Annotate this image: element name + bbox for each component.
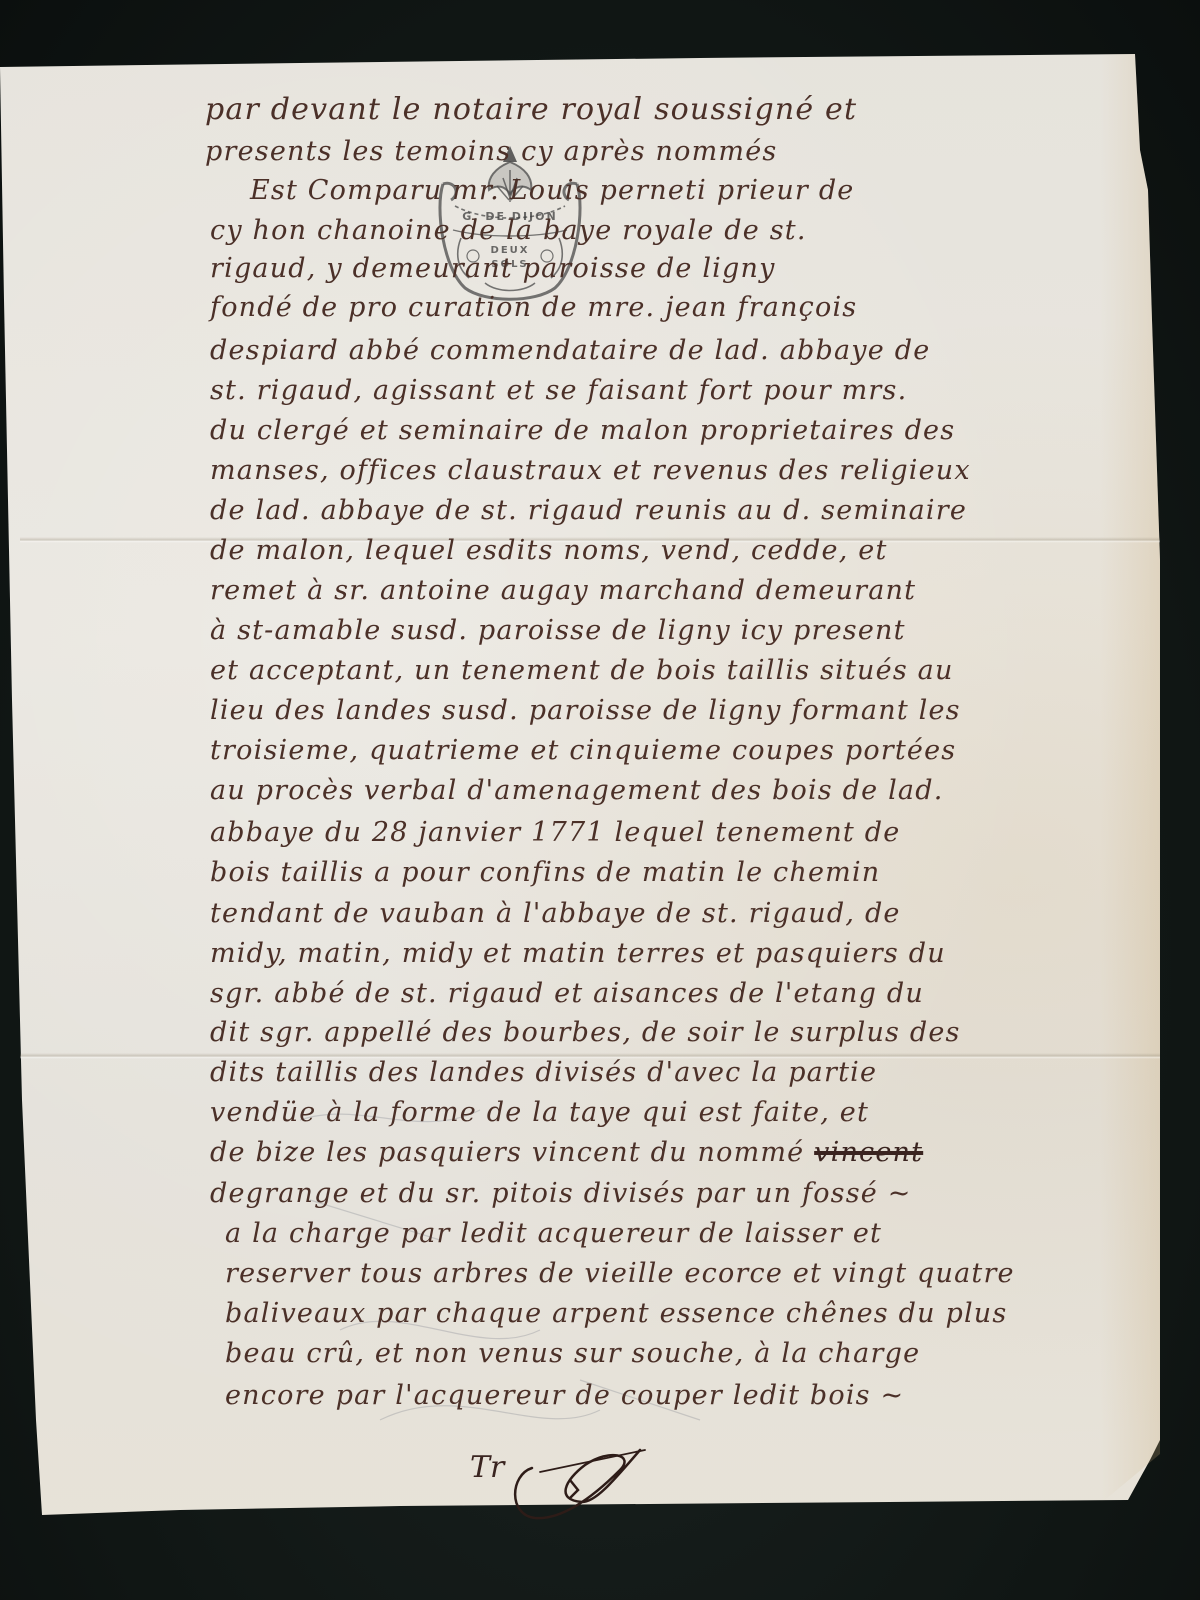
text-line: encore par l'acquereur de couper ledit b… [225,1380,904,1411]
text-line: midy, matin, midy et matin terres et pas… [210,938,946,969]
signature-flourish-icon [470,1440,650,1525]
text-line: troisieme, quatrieme et cinquieme coupes… [210,735,956,766]
text-line: de lad. abbaye de st. rigaud reunis au d… [210,495,967,526]
signature-flourish [470,1440,650,1525]
text-line: abbaye du 28 janvier 1771 lequel tenemen… [210,817,900,848]
text-line: beau crû, et non venus sur souche, à la … [225,1338,920,1369]
text-line: remet à sr. antoine augay marchand demeu… [210,575,916,606]
text-line: rigaud, y demeurant paroisse de ligny [210,253,776,284]
text-line: et acceptant, un tenement de bois tailli… [210,655,954,686]
handwritten-text-body: par devant le notaire royal soussigné et… [0,0,1200,1600]
text-line: par devant le notaire royal soussigné et [205,92,857,127]
text-line: au procès verbal d'amenagement des bois … [210,775,943,806]
text-line: manses, offices claustraux et revenus de… [210,455,971,486]
text-line: de malon, lequel esdits noms, vend, cedd… [210,535,888,566]
text-line: dits taillis des landes divisés d'avec l… [210,1057,877,1088]
struck-out-word: vincent [814,1137,923,1168]
text-line: cy hon chanoine de la baye royale de st. [210,215,807,246]
text-line: à st-amable susd. paroisse de ligny icy … [210,615,906,646]
text-line: sgr. abbé de st. rigaud et aisances de l… [210,978,924,1009]
text-line: vendüe à la forme de la taye qui est fai… [210,1097,869,1128]
text-line: baliveaux par chaque arpent essence chên… [225,1298,1007,1329]
text-line: tendant de vauban à l'abbaye de st. riga… [210,898,901,929]
text-line: st. rigaud, agissant et se faisant fort … [210,375,907,406]
text-line: despiard abbé commendataire de lad. abba… [210,335,930,366]
text-line: de bize les pasquiers vincent du nommé v… [210,1137,923,1168]
text-line-content: de bize les pasquiers vincent du nommé [210,1137,804,1168]
text-line: a la charge par ledit acquereur de laiss… [225,1218,882,1249]
text-line: du clergé et seminaire de malon propriet… [210,415,955,446]
text-line: presents les temoins cy après nommés [205,136,777,167]
text-line: dit sgr. appellé des bourbes, de soir le… [210,1017,961,1048]
text-line: fondé de pro curation de mre. jean franç… [210,292,857,323]
text-line: bois taillis a pour confins de matin le … [210,857,880,888]
text-line: Est Comparu mr. Louis perneti prieur de [250,175,854,206]
text-line: reserver tous arbres de vieille ecorce e… [225,1258,1015,1289]
text-line: lieu des landes susd. paroisse de ligny … [210,695,961,726]
text-line: degrange et du sr. pitois divisés par un… [210,1178,912,1209]
